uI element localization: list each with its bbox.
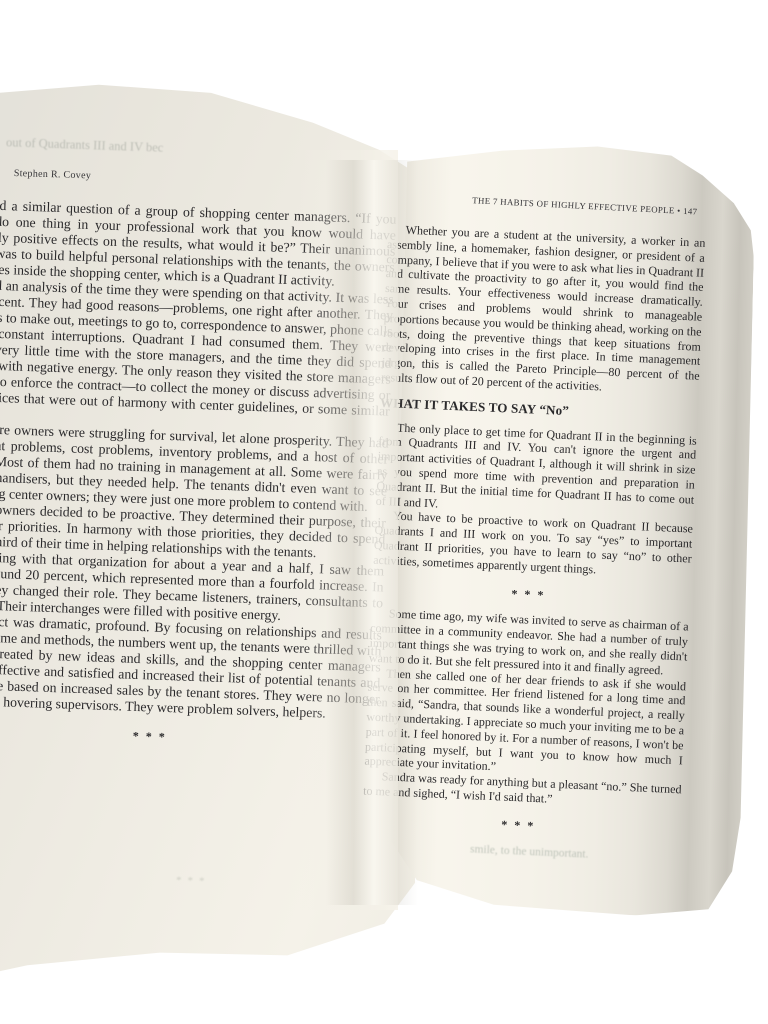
left-page-text-column: I asked a similar question of a group of…: [0, 196, 397, 763]
paragraph: The only place to get time for Quadrant …: [376, 419, 698, 522]
asterisk-separator: ***: [372, 580, 690, 609]
open-book-photo: out of Quadrants III and IV bec *** smil…: [0, 0, 768, 1024]
paragraph: You have to be proactive to work on Quad…: [373, 508, 693, 581]
paragraph: The effect was dramatic, profound. By fo…: [0, 612, 382, 724]
asterisk-separator: ***: [362, 811, 680, 840]
section-heading: WHAT IT TAKES TO SAY “No”: [380, 396, 698, 425]
paragraph: Then she called one of her dear friends …: [364, 665, 686, 782]
show-through-separator: ***: [176, 874, 211, 887]
asterisk-separator: ***: [0, 721, 378, 753]
right-page-text-column: Whether you are a student at the univers…: [361, 222, 706, 851]
paragraph: The store owners were struggling for sur…: [0, 420, 389, 516]
paragraph: We did an analysis of the time they were…: [0, 276, 394, 436]
paragraph: I asked a similar question of a group of…: [0, 196, 397, 292]
paragraph: Whether you are a student at the univers…: [381, 222, 706, 398]
